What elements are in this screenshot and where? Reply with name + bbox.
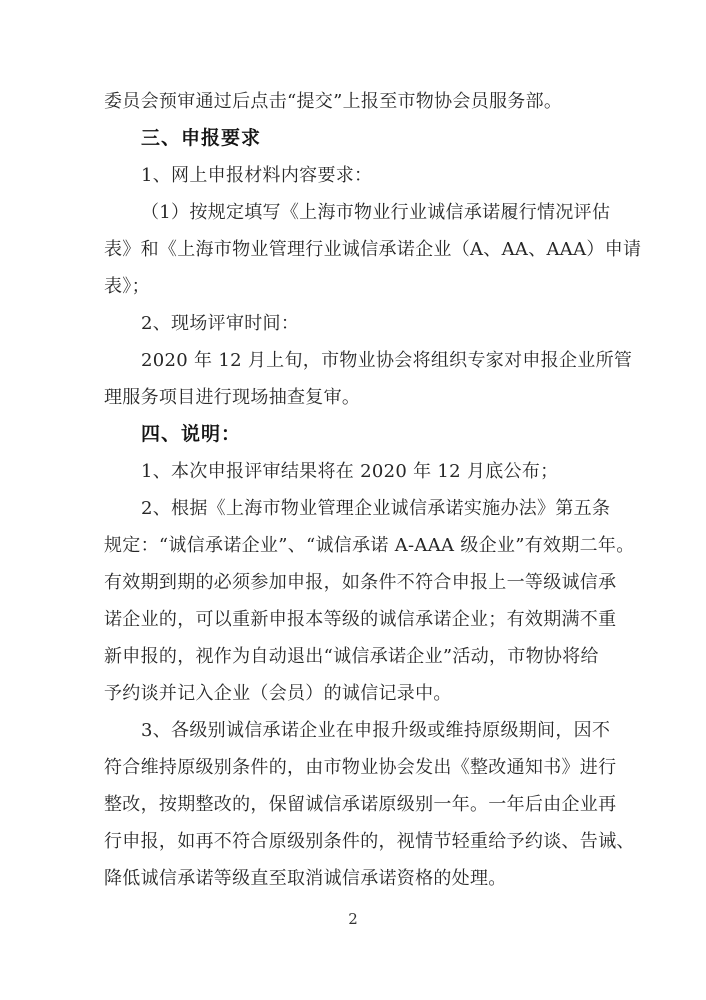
- text-line: 降低诚信承诺等级直至取消诚信承诺资格的处理。: [104, 860, 618, 897]
- text-line: 表》；: [104, 268, 618, 305]
- text-line: 2、现场评审时间：: [104, 305, 618, 342]
- text-line: 予约谈并记入企业（会员）的诚信记录中。: [104, 675, 618, 712]
- text-line: 2020 年 12 月上旬，市物业协会将组织专家对申报企业所管: [104, 342, 618, 379]
- text-line: 1、本次申报评审结果将在 2020 年 12 月底公布；: [104, 453, 618, 490]
- text-line: 2、根据《上海市物业管理企业诚信承诺实施办法》第五条: [104, 490, 618, 527]
- text-line: 符合维持原级别条件的，由市物业协会发出《整改通知书》进行: [104, 749, 618, 786]
- page-number: 2: [0, 910, 706, 928]
- text-line: 3、各级别诚信承诺企业在申报升级或维持原级期间，因不: [104, 712, 618, 749]
- section-heading: 四、说明：: [104, 416, 618, 453]
- section-heading: 三、申报要求: [104, 120, 618, 157]
- text-line: 1、网上申报材料内容要求：: [104, 157, 618, 194]
- text-line: 整改，按期整改的，保留诚信承诺原级别一年。一年后由企业再: [104, 786, 618, 823]
- text-line: 诺企业的，可以重新申报本等级的诚信承诺企业；有效期满不重: [104, 601, 618, 638]
- text-line: 委员会预审通过后点击“提交”上报至市物协会员服务部。: [104, 83, 618, 120]
- text-line: 理服务项目进行现场抽查复审。: [104, 379, 618, 416]
- text-line: 规定：“诚信承诺企业”、“诚信承诺 A-AAA 级企业”有效期二年。: [104, 527, 618, 564]
- text-line: 行申报，如再不符合原级别条件的，视情节轻重给予约谈、告诫、: [104, 823, 618, 860]
- text-line: 新申报的，视作为自动退出“诚信承诺企业”活动，市物协将给: [104, 638, 618, 675]
- document-body: 委员会预审通过后点击“提交”上报至市物协会员服务部。三、申报要求1、网上申报材料…: [104, 83, 618, 897]
- text-line: 表》和《上海市物业管理行业诚信承诺企业（A、AA、AAA）申请: [104, 231, 618, 268]
- text-line: （1）按规定填写《上海市物业行业诚信承诺履行情况评估: [104, 194, 618, 231]
- document-page: 委员会预审通过后点击“提交”上报至市物协会员服务部。三、申报要求1、网上申报材料…: [0, 0, 706, 1000]
- text-line: 有效期到期的必须参加申报，如条件不符合申报上一等级诚信承: [104, 564, 618, 601]
